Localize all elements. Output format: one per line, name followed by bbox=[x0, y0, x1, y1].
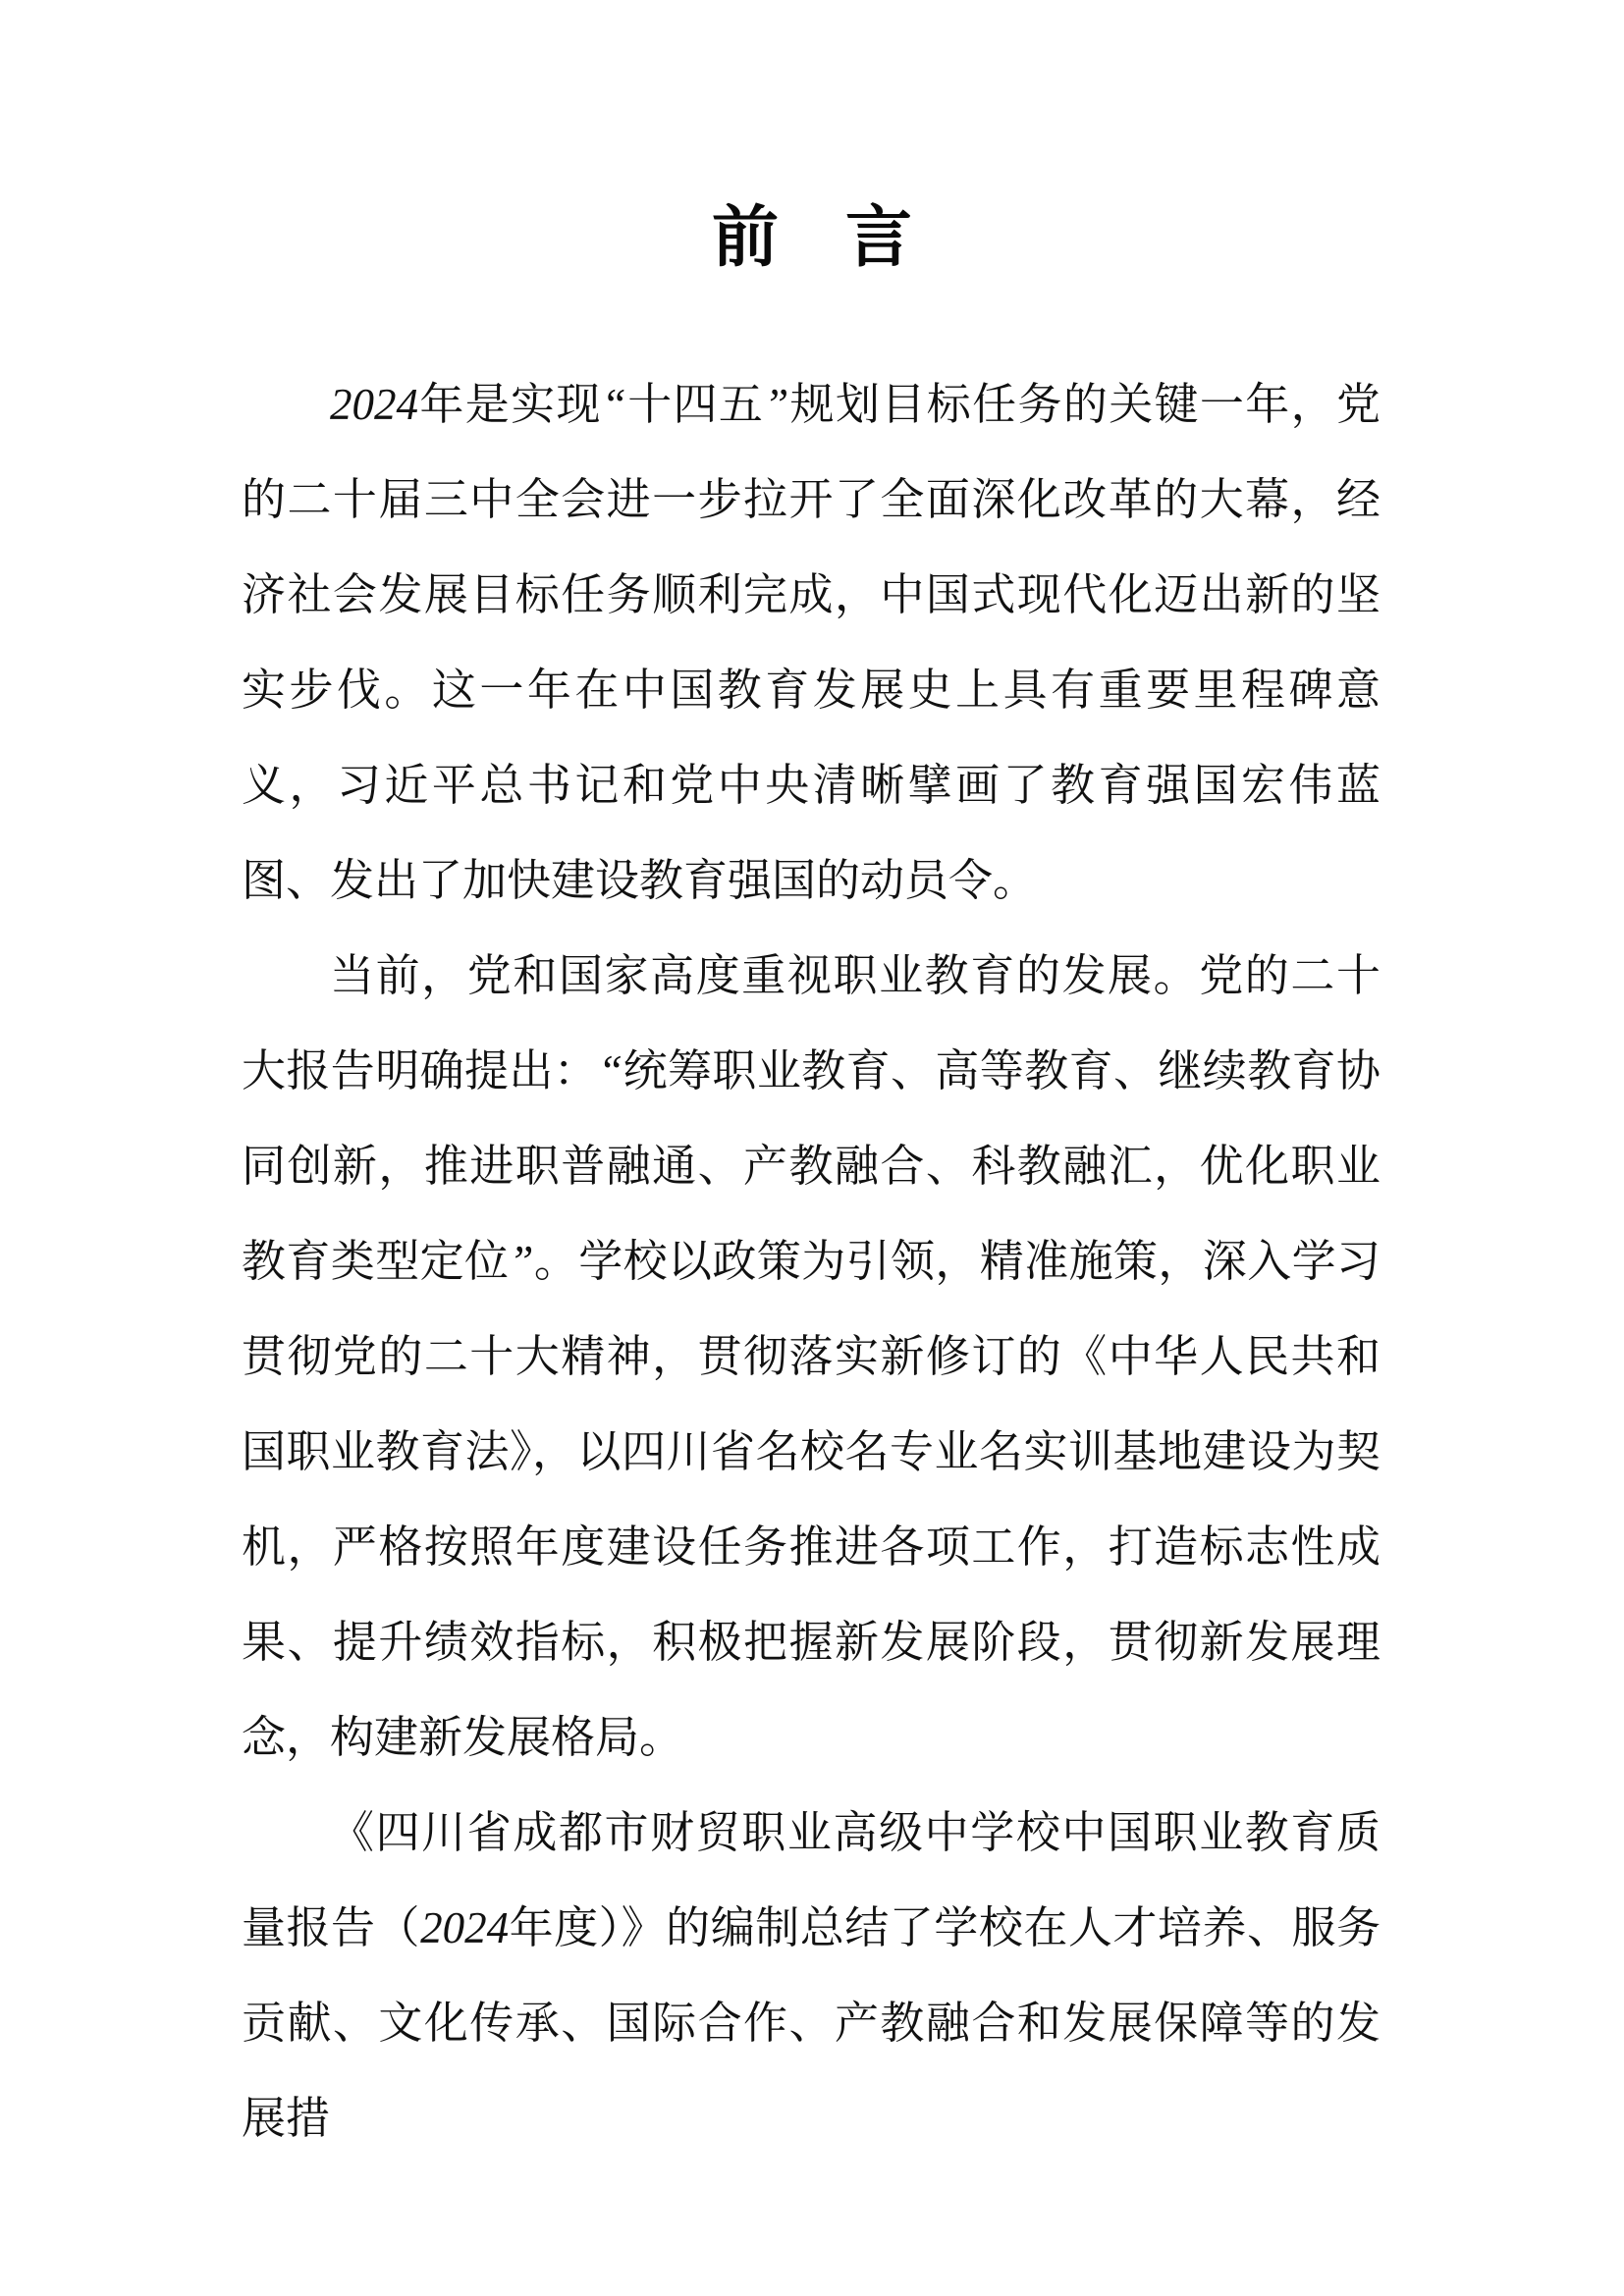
page-title: 前 言 bbox=[0, 192, 1624, 283]
paragraph-report-scope: 《四川省成都市财贸职业高级中学校中国职业教育质量报告（2024年度）》的编制总结… bbox=[242, 1786, 1380, 2166]
paragraph-intro: 2024年是实现“十四五”规划目标任务的关键一年，党的二十届三中全会进一步拉开了… bbox=[242, 357, 1380, 929]
document-body: 2024年是实现“十四五”规划目标任务的关键一年，党的二十届三中全会进一步拉开了… bbox=[242, 357, 1380, 2166]
paragraph-policy: 当前，党和国家高度重视职业教育的发展。党的二十大报告明确提出：“统筹职业教育、高… bbox=[242, 929, 1380, 1786]
document-page: 前 言 2024年是实现“十四五”规划目标任务的关键一年，党的二十届三中全会进一… bbox=[0, 0, 1624, 2296]
